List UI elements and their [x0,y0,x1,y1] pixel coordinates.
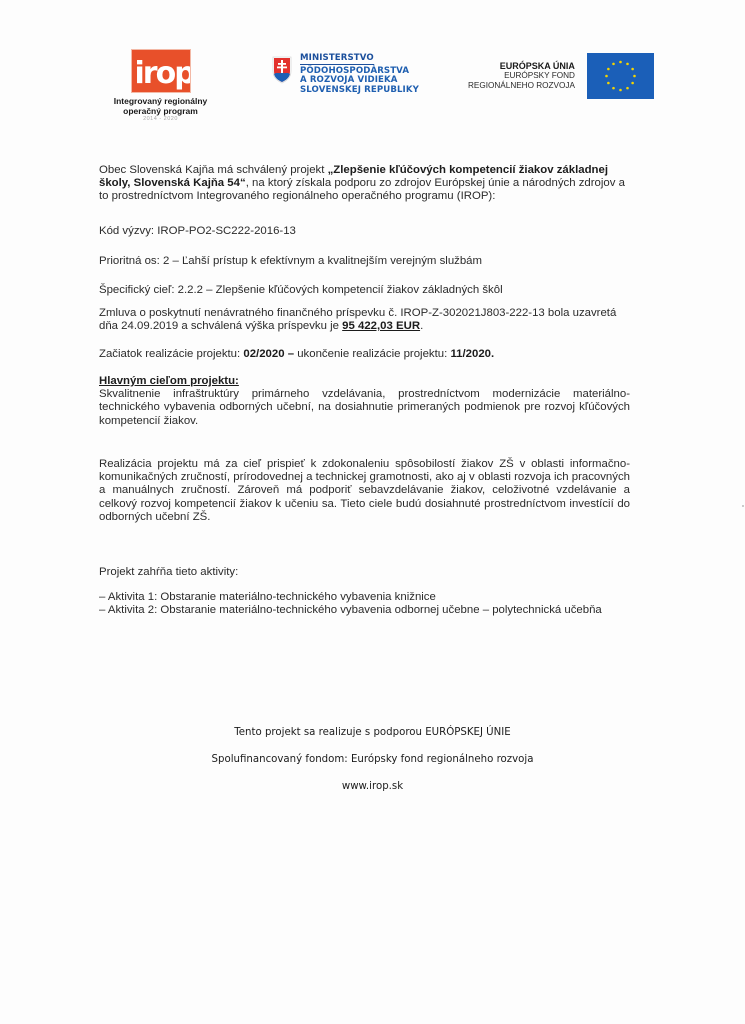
footer-url[interactable]: www.irop.sk [0,781,745,792]
irop-logo-mark: irop [132,50,190,92]
ministry-name: MINISTERSTVO PÔDOHOSPODÁRSTVA A ROZVOJA … [300,54,419,95]
document-page: irop Integrovaný regionálny operačný pro… [0,0,745,1024]
start-value: 02/2020 [243,348,284,360]
main-goal-heading: Hlavným cieľom projektu: [99,375,630,388]
intro-prefix: Obec Slovenská Kajňa má schválený projek… [99,164,328,176]
activity-item: – Aktivita 2: Obstaranie materiálno-tech… [99,604,630,617]
irop-years: 2014 - 2020 [103,116,218,123]
ministry-line1: MINISTERSTVO [300,54,374,65]
priority-axis: Prioritná os: 2 – Ľahší prístup k efektí… [99,255,630,268]
call-code: Kód výzvy: IROP-PO2-SC222-2016-13 [99,225,630,238]
eu-line3: REGIONÁLNEHO ROZVOJA [468,81,575,91]
irop-caption-line1: Integrovaný regionálny [103,96,218,106]
specific-goal: Špecifický cieľ: 2.2.2 – Zlepšenie kľúčo… [99,284,630,297]
eu-line2: EURÓPSKY FOND [468,71,575,81]
contract-suffix: . [420,320,423,332]
end-value: 11/2020. [450,348,494,360]
timeline: Začiatok realizácie projektu: 02/2020 – … [99,348,630,361]
irop-caption-line2: operačný program [103,106,218,116]
end-label: ukončenie realizácie projektu: [297,348,450,360]
contract-paragraph: Zmluva o poskytnutí nenávratného finančn… [99,307,630,333]
intro-paragraph: Obec Slovenská Kajňa má schválený projek… [99,164,630,204]
start-label: Začiatok realizácie projektu: [99,348,243,360]
eu-flag-icon [587,53,654,99]
activities-intro: Projekt zahŕňa tieto aktivity: [99,566,630,579]
ministry-logo: MINISTERSTVO PÔDOHOSPODÁRSTVA A ROZVOJA … [272,54,419,95]
slovak-coat-of-arms-icon [272,56,292,84]
ministry-line4: SLOVENSKEJ REPUBLIKY [300,86,419,96]
scan-artifact [742,505,744,507]
eu-logo: EURÓPSKA ÚNIA EURÓPSKY FOND REGIONÁLNEHO… [468,53,654,99]
main-goal-text: Skvalitnenie infraštruktúry primárneho v… [99,388,630,428]
realization-paragraph: Realizácia projektu má za cieľ prispieť … [99,458,630,524]
contract-amount: 95 422,03 EUR [342,320,420,332]
main-goal-section: Hlavným cieľom projektu: Skvalitnenie in… [99,375,630,428]
irop-logo: irop Integrovaný regionálny operačný pro… [103,50,218,123]
eu-title: EURÓPSKA ÚNIA [468,61,575,71]
footer-cofinancing-line: Spolufinancovaný fondom: Európsky fond r… [0,754,745,765]
timeline-separator: – [285,348,298,360]
activities-list: – Aktivita 1: Obstaranie materiálno-tech… [99,591,630,617]
eu-fund-text: EURÓPSKA ÚNIA EURÓPSKY FOND REGIONÁLNEHO… [468,61,575,91]
irop-caption: Integrovaný regionálny operačný program [103,96,218,116]
footer-support-line: Tento projekt sa realizuje s podporou EU… [0,727,745,738]
irop-wordmark: irop [135,59,190,89]
activity-item: – Aktivita 1: Obstaranie materiálno-tech… [99,591,630,604]
